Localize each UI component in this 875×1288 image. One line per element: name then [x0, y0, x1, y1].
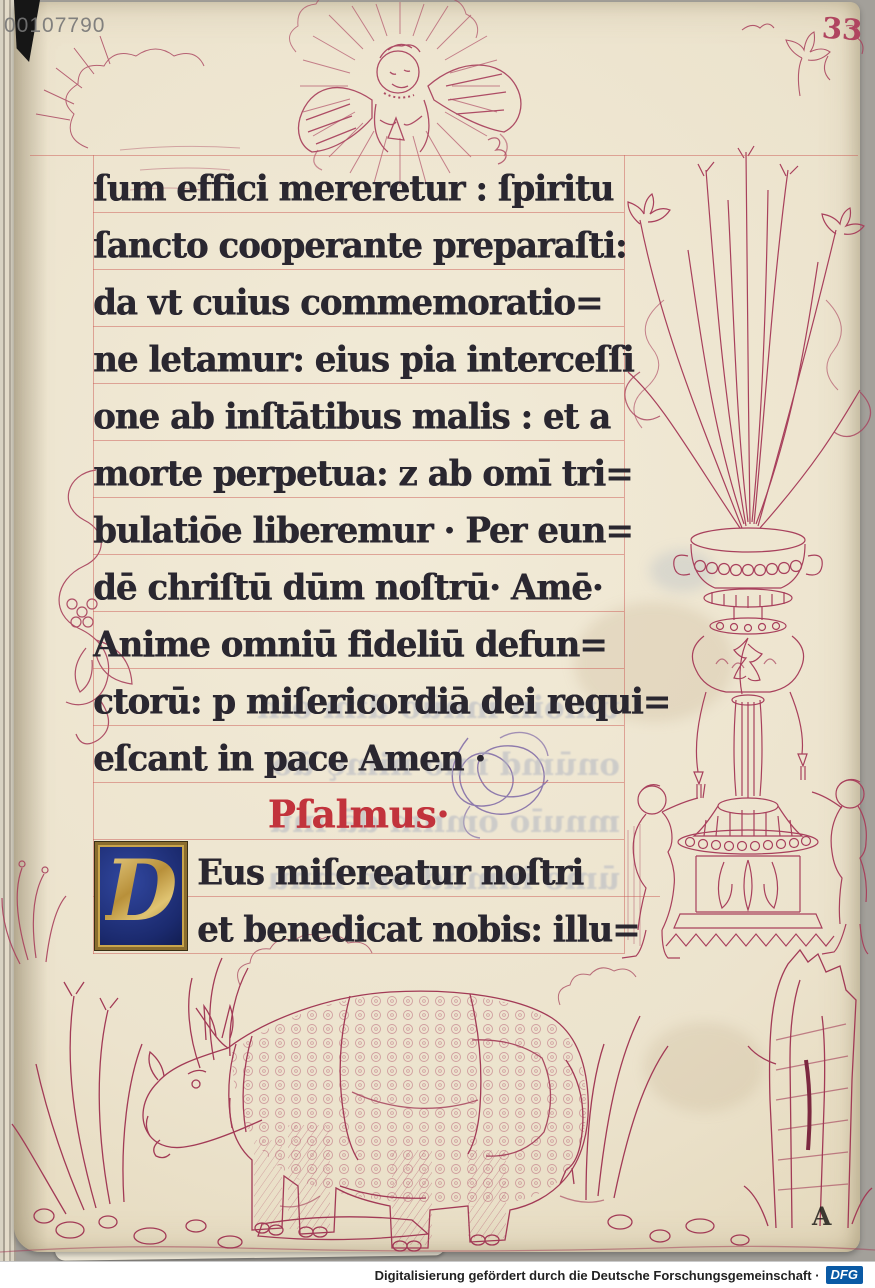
rubric-psalmus: Pſalmus·	[93, 785, 624, 842]
scan-id-overlay: 00107790	[4, 14, 105, 38]
folio-number: 33	[821, 11, 864, 48]
text-line: dē chriſtū dūm noſtrū· Amē·	[93, 557, 624, 614]
initial-letter: D	[105, 849, 178, 933]
text-line: bulatiōe liberemur · Per eun=	[93, 500, 624, 557]
illuminated-initial: D	[95, 842, 187, 950]
text-line: ctorū: p miſericordiā dei requi=	[93, 671, 624, 728]
text-line: ſum effici mereretur : ſpiritu	[93, 158, 624, 215]
dfg-credit-bar: Digitalisierung gefördert durch die Deut…	[0, 1262, 875, 1288]
credit-text: Digitalisierung gefördert durch die Deut…	[375, 1268, 820, 1283]
dfg-logo: DFG	[826, 1266, 863, 1284]
text-line: Anime omniū fideliū defun=	[93, 614, 624, 671]
scan-background: ūmoin mnūo dim oīn onūmd īmo nimę ūo mnu…	[0, 0, 875, 1288]
text-line: ne letamur: eius pia interceſſi	[93, 329, 624, 386]
text-line: morte perpetua: z ab omī tri=	[93, 443, 624, 500]
text-line: eſcant in pace Amen ·	[93, 728, 624, 785]
collection-stamp: A	[812, 1202, 831, 1231]
text-line: ſancto cooperante preparaſti:	[93, 215, 624, 272]
text-block: ſum effici mereretur : ſpiritu ſancto co…	[93, 158, 624, 956]
parchment-stain	[650, 550, 714, 592]
text-line: da vt cuius commemoratio=	[93, 272, 624, 329]
parchment-stain	[644, 1022, 764, 1112]
text-line: one ab inſtātibus malis : et a	[93, 386, 624, 443]
